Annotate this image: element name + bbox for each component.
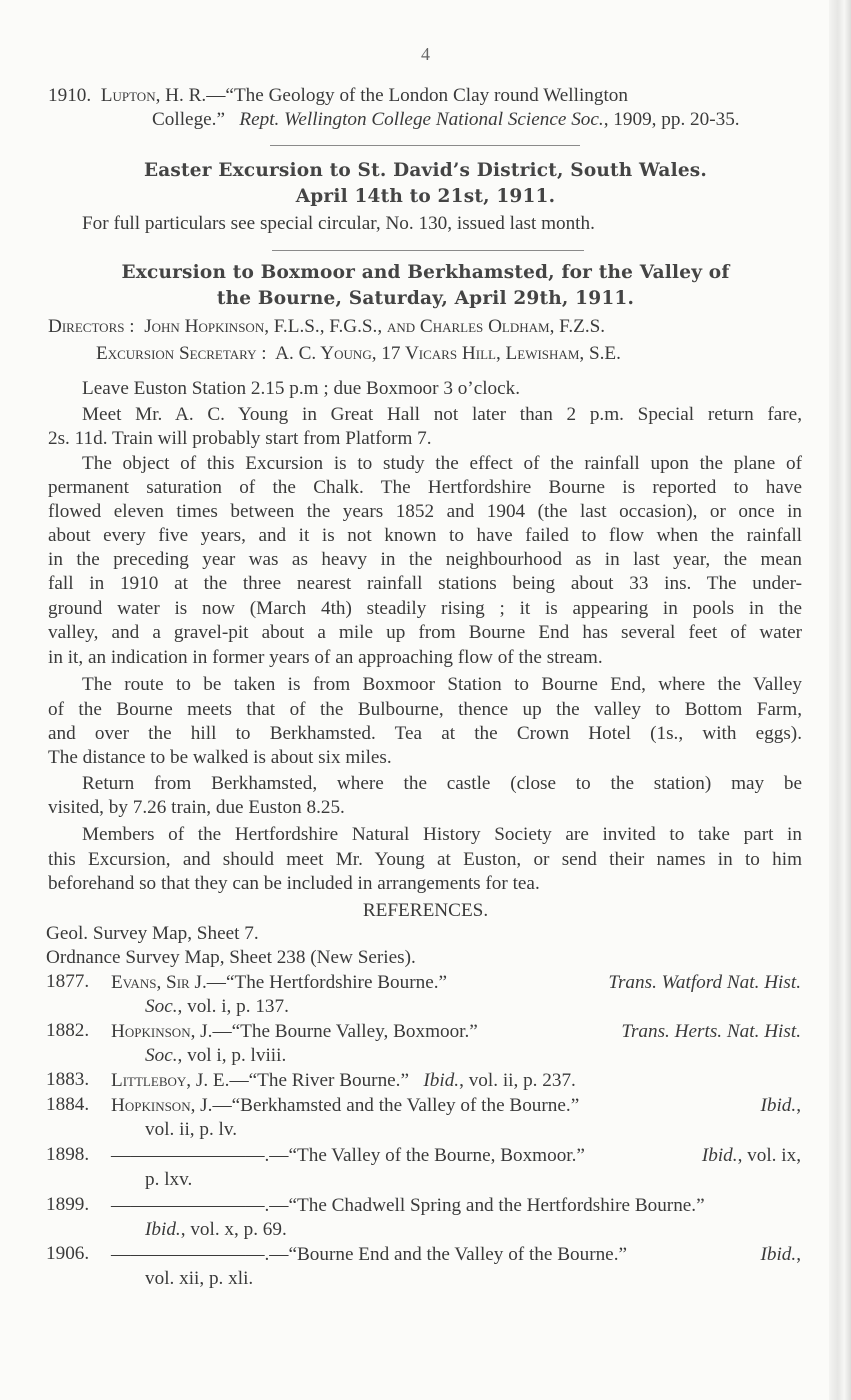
reference-journal: Ibid. <box>760 1095 796 1116</box>
paragraph-line: fall in 1910 at the three nearest rainfa… <box>48 572 802 596</box>
reference-punct: , <box>796 1244 801 1265</box>
reference-year: 1882. <box>46 1020 89 1042</box>
paragraph-line: in it, an indication in former years of … <box>48 646 603 670</box>
paragraph-line: The object of this Excursion is to study… <box>82 452 802 476</box>
reference-entry: Littleboy, J. E.—“The River Bourne.” Ibi… <box>111 1069 576 1093</box>
reference-journal: Ibid. <box>423 1070 459 1091</box>
reference-journal: Soc. <box>145 1045 178 1066</box>
paragraph-line: valley, and a gravel-pit about a mile up… <box>48 621 802 645</box>
reference-journal: Trans. Herts. Nat. Hist. <box>621 1020 801 1044</box>
paragraph-line: in the preceding year was as heavy in th… <box>48 548 802 572</box>
page-number: 4 <box>421 44 430 65</box>
directors-line: Directors : John Hopkinson, F.L.S., F.G.… <box>48 315 605 339</box>
paragraph-line: about every five years, and it is not kn… <box>48 524 802 548</box>
reference-author: Evans, Sir J. <box>111 972 207 993</box>
reference-entry-cont: p. lxv. <box>145 1168 192 1192</box>
paragraph-line: permanent saturation of the Chalk. The H… <box>48 476 802 500</box>
reference-entry-cont: vol. ii, p. lv. <box>145 1118 237 1142</box>
reference-title: —“The Valley of the Bourne, Boxmoor.” <box>269 1145 585 1166</box>
reference-entry: ————————.—“Bourne End and the Valley of … <box>111 1243 801 1267</box>
reference-1910: 1910. Lupton, H. R.—“The Geology of the … <box>48 84 628 108</box>
reference-entry-cont: Soc., vol. i, p. 137. <box>145 995 289 1019</box>
ditto-dash: ————————. <box>111 1145 269 1166</box>
boxmoor-heading-line1: Excursion to Boxmoor and Berkhamsted, fo… <box>0 260 851 286</box>
references-heading: REFERENCES. <box>0 900 851 922</box>
reference-year: 1883. <box>46 1069 89 1091</box>
reference-entry: Hopkinson, J.—“Berkhamsted and the Valle… <box>111 1094 801 1118</box>
boxmoor-heading-line2: the Bourne, Saturday, April 29th, 1911. <box>0 286 851 312</box>
reference-title: —“The Bourne Valley, Boxmoor.” <box>212 1021 477 1042</box>
paragraph-line: Members of the Hertfordshire Natural His… <box>82 823 802 847</box>
reference-entry: ————————.—“The Valley of the Bourne, Box… <box>111 1144 801 1168</box>
reference-entry-cont: Ibid., vol. x, p. 69. <box>145 1218 287 1242</box>
reference-volume: , vol. ix, <box>738 1145 801 1166</box>
reference-entry: Evans, Sir J.—“The Hertfordshire Bourne.… <box>111 971 801 995</box>
paragraph-line: Return from Berkhamsted, where the castl… <box>82 772 802 796</box>
reference-journal: Soc. <box>145 996 178 1017</box>
ditto-dash: ————————. <box>111 1244 269 1265</box>
reference-journal: Ibid. <box>702 1145 738 1166</box>
reference-volume: , vol. i, p. 137. <box>178 996 289 1017</box>
paragraph-line: and over the hill to Berkhamsted. Tea at… <box>48 722 802 746</box>
secretary-details: A. C. Young, 17 Vicars Hill, Lewisham, S… <box>275 343 621 364</box>
paragraph-line: beforehand so that they can be included … <box>48 872 540 896</box>
reference-entry-cont: Soc., vol i, p. lviii. <box>145 1044 286 1068</box>
adjacent-page-edge <box>829 0 851 1400</box>
paragraph-line: Meet Mr. A. C. Young in Great Hall not l… <box>82 403 802 427</box>
paragraph-line: The distance to be walked is about six m… <box>48 746 392 770</box>
paragraph-line: ground water is now (March 4th) steadily… <box>48 597 802 621</box>
reference-volume: , vol i, p. lviii. <box>178 1045 287 1066</box>
ditto-dash: ————————. <box>111 1195 269 1216</box>
reference-journal: Trans. Watford Nat. Hist. <box>608 971 801 995</box>
reference-1910-line2: College.” Rept. Wellington College Natio… <box>152 108 740 132</box>
reference-title: —“Berkhamsted and the Valley of the Bour… <box>212 1095 579 1116</box>
paragraph-line: this Excursion, and should meet Mr. Youn… <box>48 848 802 872</box>
reference-year: 1899. <box>46 1194 89 1216</box>
reference-volume: , vol. ii, p. 237. <box>459 1070 576 1091</box>
reference-title: —“The River Bourne.” <box>229 1070 409 1091</box>
reference-year: 1910. <box>48 85 91 106</box>
section-divider <box>272 250 584 251</box>
reference-journal: Ibid. <box>760 1244 796 1265</box>
easter-heading-line2: April 14th to 21st, 1911. <box>0 184 851 210</box>
map-reference: Geol. Survey Map, Sheet 7. <box>46 922 259 946</box>
reference-entry-cont: vol. xii, p. xli. <box>145 1267 253 1291</box>
reference-author: Hopkinson, J. <box>111 1021 212 1042</box>
paragraph-line: The route to be taken is from Boxmoor St… <box>82 673 802 697</box>
document-page: 4 1910. Lupton, H. R.—“The Geology of th… <box>0 0 851 1400</box>
reference-pages: , 1909, pp. 20-35. <box>604 109 740 130</box>
reference-title-cont: College.” <box>152 109 225 130</box>
easter-heading-line1: Easter Excursion to St. David’s District… <box>0 158 851 184</box>
secretary-line: Excursion Secretary : A. C. Young, 17 Vi… <box>96 342 621 366</box>
paragraph-line: 2s. 11d. Train will probably start from … <box>48 427 432 451</box>
section-divider <box>270 145 580 146</box>
reference-punct: , <box>796 1095 801 1116</box>
reference-author: Littleboy, J. E. <box>111 1070 229 1091</box>
directors-names: John Hopkinson, F.L.S., F.G.S., and Char… <box>144 316 605 337</box>
reference-title: —“The Chadwell Spring and the Hertfordsh… <box>269 1195 704 1216</box>
reference-journal: Rept. Wellington College National Scienc… <box>239 109 603 130</box>
paragraph-line: Leave Euston Station 2.15 p.m ; due Boxm… <box>82 377 520 401</box>
reference-year: 1884. <box>46 1094 89 1116</box>
reference-journal: Ibid. <box>145 1219 181 1240</box>
paragraph-line: flowed eleven times between the years 18… <box>48 500 802 524</box>
reference-title: —“The Geology of the London Clay round W… <box>206 85 628 106</box>
directors-label: Directors : <box>48 316 135 337</box>
reference-author: Lupton, H. R. <box>101 85 206 106</box>
reference-title: —“The Hertfordshire Bourne.” <box>207 972 447 993</box>
paragraph-line: of the Bourne meets that of the Bulbourn… <box>48 698 802 722</box>
map-reference: Ordnance Survey Map, Sheet 238 (New Seri… <box>46 946 416 970</box>
easter-note: For full particulars see special circula… <box>82 212 595 236</box>
paragraph-line: visited, by 7.26 train, due Euston 8.25. <box>48 796 345 820</box>
reference-volume: , vol. x, p. 69. <box>181 1219 287 1240</box>
reference-year: 1906. <box>46 1243 89 1265</box>
reference-entry: Hopkinson, J.—“The Bourne Valley, Boxmoo… <box>111 1020 801 1044</box>
reference-title: —“Bourne End and the Valley of the Bourn… <box>269 1244 627 1265</box>
secretary-label: Excursion Secretary : <box>96 343 267 364</box>
reference-entry: ————————.—“The Chadwell Spring and the H… <box>111 1194 705 1218</box>
reference-year: 1877. <box>46 971 89 993</box>
reference-author: Hopkinson, J. <box>111 1095 212 1116</box>
reference-year: 1898. <box>46 1144 89 1166</box>
